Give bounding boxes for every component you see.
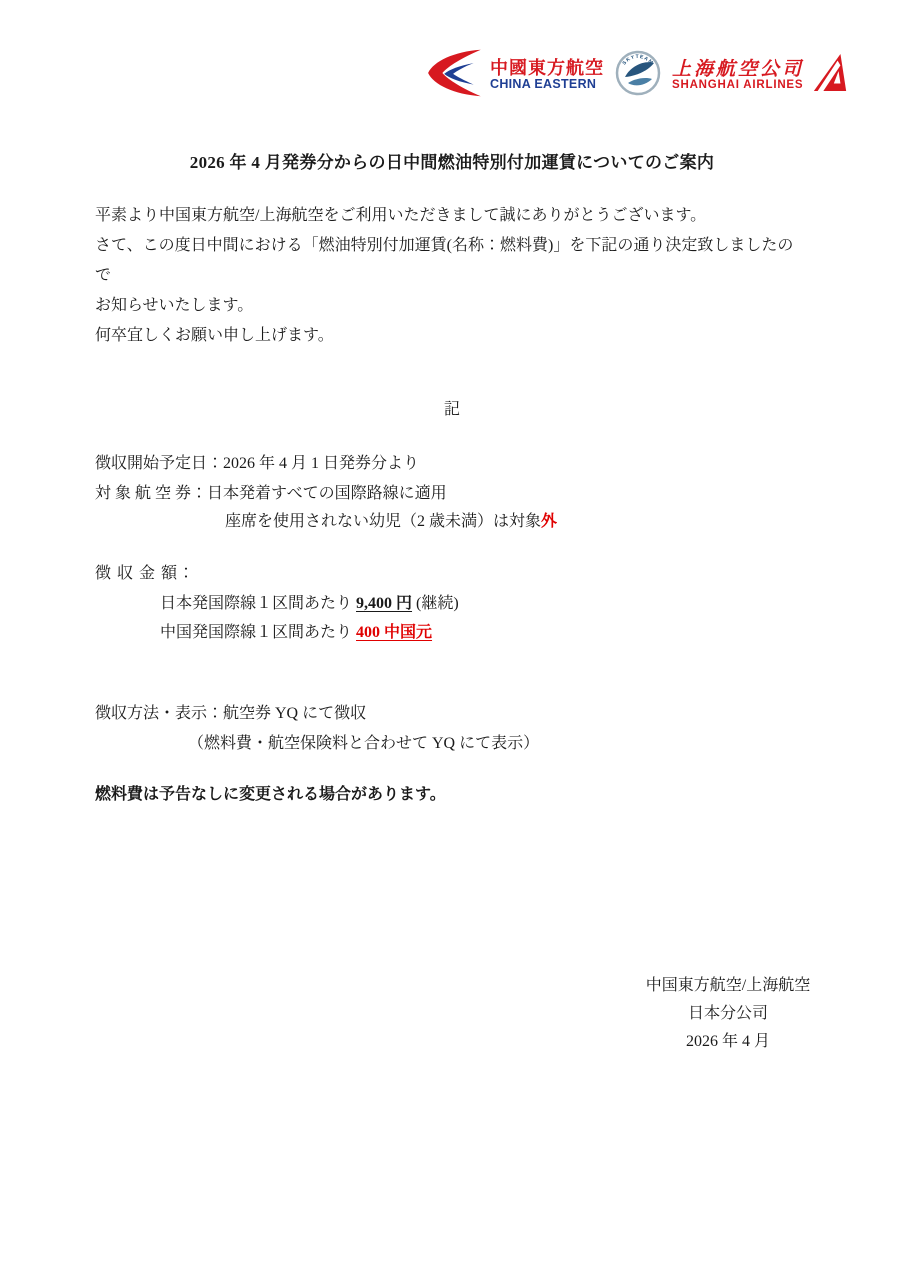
fee-japan-label: 日本発国際線１区間あたり	[160, 595, 356, 612]
intro-line: お知らせいたします。	[95, 291, 835, 321]
fee-japan-suffix: (継続)	[412, 595, 459, 612]
china-eastern-wordmark: 中國東方航空 CHINA EASTERN	[490, 59, 604, 92]
intro-line: 平素より中国東方航空/上海航空をご利用いただきまして誠にありがとうございます。	[95, 201, 835, 231]
china-eastern-logo: 中國東方航空 CHINA EASTERN	[425, 48, 604, 103]
signature-block: 中国東方航空/上海航空 日本分公司 2026 年 4 月	[623, 972, 833, 1056]
infant-exception-note: 座席を使用されない幼児（2 歳未満）は対象外	[225, 508, 557, 531]
intro-line: で	[95, 261, 835, 291]
document-page: 中國東方航空 CHINA EASTERN SKYTEAM 上海航空公司 SHAN…	[0, 0, 904, 1279]
fee-japan-departure: 日本発国際線１区間あたり 9,400 円 (継続)	[160, 590, 459, 613]
fee-china-departure: 中国発国際線１区間あたり 400 中国元	[160, 619, 432, 642]
infant-note-excluded: 外	[541, 513, 557, 530]
china-eastern-cn-name: 中國東方航空	[490, 59, 604, 78]
fee-japan-amount: 9,400 円	[356, 595, 412, 612]
skyteam-icon: SKYTEAM	[615, 50, 661, 101]
ki-marker: 記	[0, 396, 904, 419]
shanghai-airlines-logo: 上海航空公司 SHANGHAI AIRLINES	[672, 51, 849, 100]
shanghai-airlines-wordmark: 上海航空公司 SHANGHAI AIRLINES	[672, 59, 804, 92]
collection-method: 徴収方法・表示：航空券 YQ にて徴収	[95, 700, 366, 723]
shanghai-airlines-en-name: SHANGHAI AIRLINES	[672, 79, 804, 91]
signature-branch: 日本分公司	[623, 1000, 833, 1028]
intro-paragraph: 平素より中国東方航空/上海航空をご利用いただきまして誠にありがとうございます。 …	[95, 201, 835, 351]
signature-company: 中国東方航空/上海航空	[623, 972, 833, 1000]
intro-line: さて、この度日中間における「燃油特別付加運賃(名称：燃料費)」を下記の通り決定致…	[95, 231, 835, 261]
china-eastern-swallow-icon	[425, 48, 483, 103]
intro-line: 何卒宜しくお願い申し上げます。	[95, 321, 835, 351]
china-eastern-en-name: CHINA EASTERN	[490, 78, 604, 92]
signature-date: 2026 年 4 月	[623, 1028, 833, 1056]
fee-china-label: 中国発国際線１区間あたり	[160, 624, 356, 641]
shanghai-airlines-tailfin-icon	[811, 51, 849, 100]
target-tickets: 対 象 航 空 券：日本発着すべての国際路線に適用	[95, 480, 447, 503]
change-without-notice: 燃料費は予告なしに変更される場合があります。	[95, 781, 446, 804]
header-logos: 中國東方航空 CHINA EASTERN SKYTEAM 上海航空公司 SHAN…	[425, 46, 849, 104]
shanghai-airlines-cn-name: 上海航空公司	[672, 59, 804, 80]
page-title: 2026 年 4 月発券分からの日中間燃油特別付加運賃についてのご案内	[0, 148, 904, 173]
collection-start-date: 徴収開始予定日：2026 年 4 月 1 日発券分より	[95, 450, 419, 473]
fees-heading: 徴 収 金 額：	[95, 560, 195, 583]
infant-note-text: 座席を使用されない幼児（2 歳未満）は対象	[225, 513, 541, 530]
fee-china-amount: 400 中国元	[356, 624, 432, 641]
collection-method-note: （燃料費・航空保険料と合わせて YQ にて表示）	[188, 730, 539, 753]
